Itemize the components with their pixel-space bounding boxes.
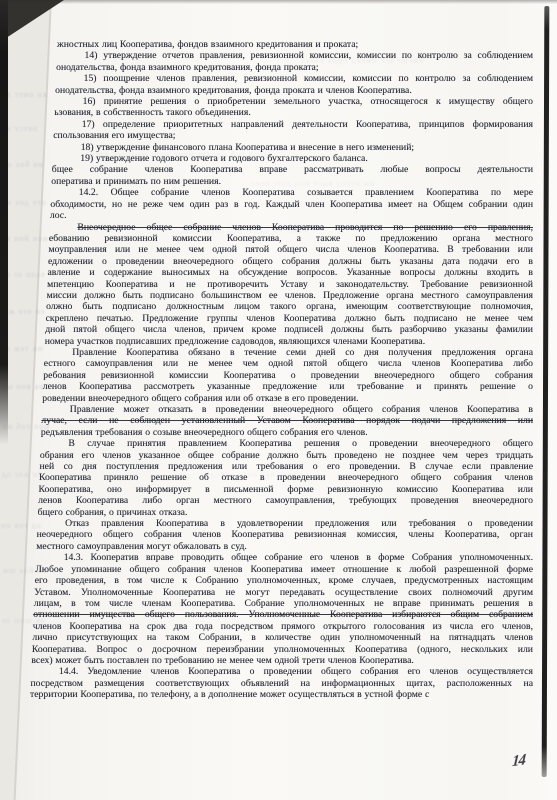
text-line: 14) утверждение отчетов правления, ревиз… xyxy=(30,50,533,61)
text-line: обходимости, но не реже чем один раз в г… xyxy=(30,199,533,210)
text-line: 14.4. Уведомление членов Кооператива о п… xyxy=(30,666,533,677)
text-line: 16) принятие решения о приобретении земе… xyxy=(30,96,533,107)
text-line: миссии должно быть подписано большинство… xyxy=(30,290,533,301)
text-line: моуправления или не менее чем одной пято… xyxy=(30,244,533,255)
text-line: лос. xyxy=(30,210,533,221)
text-line: Отказ правления Кооператива в удовлетвор… xyxy=(30,518,533,529)
text-line: В случае принятия правлением Кооператива… xyxy=(30,438,533,449)
text-line: Кооператива, оно информирует в письменно… xyxy=(30,484,533,495)
text-line: неочередного общего собрания членов Кооп… xyxy=(30,529,533,540)
text-line: роведении внеочередного общего собрания … xyxy=(30,393,533,404)
text-line: ребования ревизионной комиссии Кооперати… xyxy=(30,370,533,381)
text-line: 14.2. Общее собрание членов Кооператива … xyxy=(30,187,533,198)
scan-top-shadow xyxy=(0,0,557,4)
text-line: лично присутствующих на таком Собрании, … xyxy=(30,632,533,643)
document-text: жностных лиц Кооператива, фондов взаимно… xyxy=(30,39,533,701)
text-line: его проведения, в том числе к Собранию у… xyxy=(30,575,533,586)
text-line: онодательства, фонда взаимного кредитова… xyxy=(30,85,533,96)
text-line: Кооператива. Вопрос о досрочном переизбр… xyxy=(30,644,533,655)
text-line: членов Кооператива на срок два года поср… xyxy=(30,621,533,632)
text-line: жностных лиц Кооператива, фондов взаимно… xyxy=(30,39,533,50)
text-line: местного самоуправления могут обжаловать… xyxy=(30,541,533,552)
text-line: естного самоуправления или не менее чем … xyxy=(30,358,533,369)
text-line: 19) утверждение годового отчета и годово… xyxy=(30,153,533,164)
scanned-page: кн омтс веовтсе инин бос ототе дох мкмок… xyxy=(0,0,557,800)
text-line: ьзования, в собственность такого объедин… xyxy=(30,107,533,118)
text-line: 14.3. Кооператив вправе проводить общее … xyxy=(30,552,533,563)
text-line: дной пятой общего числа членов, причем к… xyxy=(30,324,533,335)
text-line: 17) определение приоритетных направлений… xyxy=(30,119,533,130)
text-line: Правление Кооператива обязано в течение … xyxy=(30,347,533,358)
text-line: ленов Кооператива либо орган местного са… xyxy=(30,495,533,506)
text-line: едложении о проведении внеочередного общ… xyxy=(30,256,533,267)
text-line: 18) утверждение финансового плана Коопер… xyxy=(30,142,533,153)
text-line: спользования его имущества; xyxy=(30,130,533,141)
handwritten-page-number: 14 xyxy=(511,752,525,771)
text-line: мпетенцию Кооператива и не противоречить… xyxy=(30,279,533,290)
text-line: лицам, в том числе членам Кооператива. С… xyxy=(30,598,533,609)
text-line: авление и содержание выносимых на обсужд… xyxy=(30,267,533,278)
text-line-struckthrough: отношении имущества общего пользования. … xyxy=(30,609,533,620)
text-line-struckthrough: лучае, если не соблюден установленный Ус… xyxy=(30,415,533,426)
text-line: бщего собрания, о причинах отказа. xyxy=(30,507,533,518)
text-line-struckthrough: Внеочередное общее собрание членов Коопе… xyxy=(30,222,533,233)
text-line: ленов Кооператива рассмотреть указанные … xyxy=(30,381,533,392)
text-line: олжно быть подписано должностным лицом т… xyxy=(30,301,533,312)
text-line: онодательства, фонда взаимного кредитова… xyxy=(30,62,533,73)
scan-edge-artifact-left xyxy=(0,0,8,445)
text-line: территории Кооператива, по телефону, а в… xyxy=(30,689,533,700)
text-line: ебованию ревизионной комиссии Кооператив… xyxy=(30,233,533,244)
text-line: 15) поощрение членов правления, ревизион… xyxy=(30,73,533,84)
text-line: Уставом. Уполномоченные Кооператива не м… xyxy=(30,587,533,598)
text-line: номера участков подписавших предложение … xyxy=(30,336,533,347)
text-line: всех) может быть поставлен по требованию… xyxy=(30,655,533,666)
text-line: ней со дня поступления предложения или т… xyxy=(30,461,533,472)
text-line: посредством размещения соответствующих о… xyxy=(30,678,533,689)
text-line: Любое упоминание общего собрания членов … xyxy=(30,564,533,575)
text-line: оператива и принимать по ним решения. xyxy=(30,176,533,187)
text-line: Правление может отказать в проведении вн… xyxy=(30,404,533,415)
text-line: редъявления требования о созыве внеочере… xyxy=(30,427,533,438)
text-line: бщее собрание членов Кооператива вправе … xyxy=(30,164,533,175)
scan-edge-artifact-right xyxy=(542,6,550,777)
text-line: Кооператива приняло решение об отказе в … xyxy=(30,472,533,483)
text-line: скреплено печатью. Предложение группы чл… xyxy=(30,313,533,324)
text-line: обрания его членов указанное общее собра… xyxy=(30,450,533,461)
